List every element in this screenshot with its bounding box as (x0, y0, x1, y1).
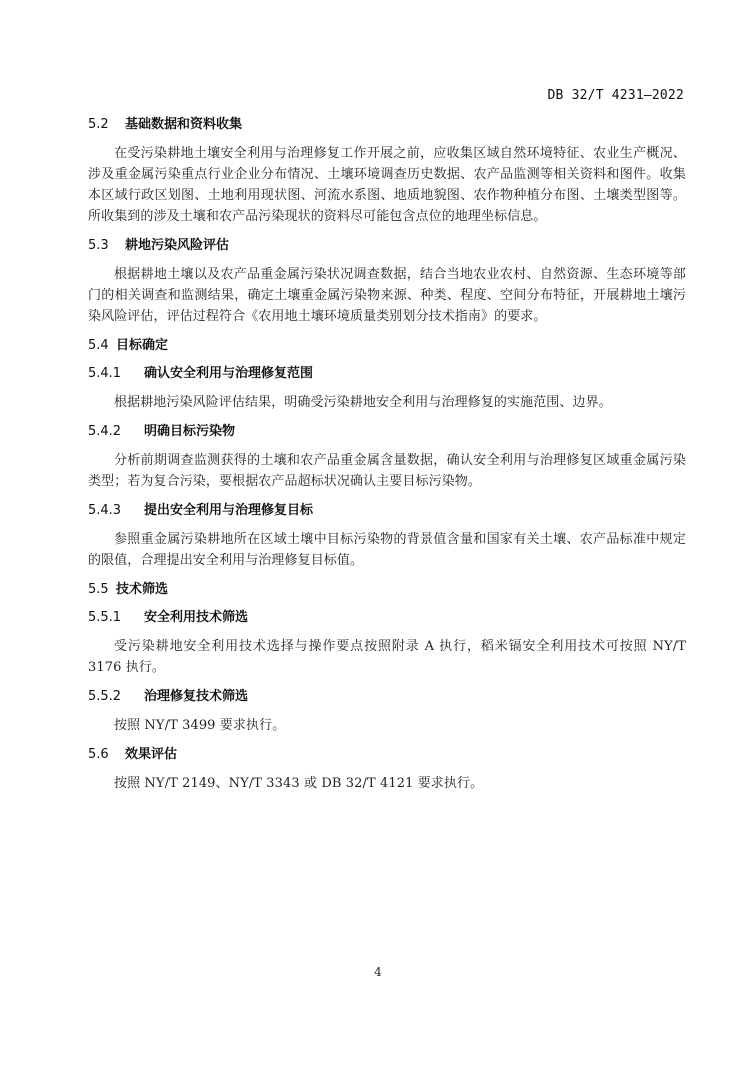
paragraph: 根据耕地污染风险评估结果，明确受污染耕地安全利用与治理修复的实施范围、边界。 (88, 392, 686, 413)
section-heading-5-4-3: 5.4.3提出安全利用与治理修复目标 (88, 501, 686, 521)
section-number: 5.4 (88, 336, 116, 356)
section-number: 5.4.2 (88, 422, 144, 442)
paragraph: 在受污染耕地土壤安全利用与治理修复工作开展之前，应收集区域自然环境特征、农业生产… (88, 143, 686, 227)
section-title: 技术筛选 (116, 582, 168, 597)
paragraph: 受污染耕地安全利用技术选择与操作要点按照附录 A 执行，稻米镉安全利用技术可按照… (88, 636, 686, 678)
section-title: 提出安全利用与治理修复目标 (144, 503, 313, 518)
paragraph: 按照 NY/T 3499 要求执行。 (88, 715, 686, 736)
paragraph: 分析前期调查监测获得的土壤和农产品重金属含量数据，确认安全利用与治理修复区域重金… (88, 450, 686, 492)
paragraph: 根据耕地土壤以及农产品重金属污染状况调查数据，结合当地农业农村、自然资源、生态环… (88, 264, 686, 327)
section-title: 确认安全利用与治理修复范围 (144, 366, 313, 381)
section-title: 效果评估 (125, 747, 177, 762)
section-heading-5-5-2: 5.5.2治理修复技术筛选 (88, 687, 686, 707)
standard-code-header: DB 32/T 4231—2022 (548, 88, 684, 103)
paragraph: 参照重金属污染耕地所在区域土壤中目标污染物的背景值含量和国家有关土壤、农产品标准… (88, 529, 686, 571)
section-title: 目标确定 (116, 338, 168, 353)
section-heading-5-4: 5.4目标确定 (88, 336, 686, 356)
page-number: 4 (0, 965, 756, 979)
section-number: 5.5.1 (88, 608, 144, 628)
section-title: 治理修复技术筛选 (144, 689, 248, 704)
section-number: 5.3 (88, 236, 125, 256)
section-number: 5.5 (88, 580, 116, 600)
section-title: 安全利用技术筛选 (144, 610, 248, 625)
section-number: 5.5.2 (88, 687, 144, 707)
section-number: 5.4.1 (88, 364, 144, 384)
section-number: 5.2 (88, 115, 125, 135)
section-heading-5-3: 5.3耕地污染风险评估 (88, 236, 686, 256)
section-number: 5.4.3 (88, 501, 144, 521)
section-number: 5.6 (88, 745, 125, 765)
section-heading-5-2: 5.2基础数据和资料收集 (88, 115, 686, 135)
section-heading-5-5: 5.5技术筛选 (88, 580, 686, 600)
section-heading-5-6: 5.6效果评估 (88, 745, 686, 765)
document-body: 5.2基础数据和资料收集 在受污染耕地土壤安全利用与治理修复工作开展之前，应收集… (88, 115, 686, 794)
section-title: 耕地污染风险评估 (125, 238, 229, 253)
section-heading-5-4-1: 5.4.1确认安全利用与治理修复范围 (88, 364, 686, 384)
section-title: 明确目标污染物 (144, 424, 235, 439)
paragraph: 按照 NY/T 2149、NY/T 3343 或 DB 32/T 4121 要求… (88, 773, 686, 794)
section-title: 基础数据和资料收集 (125, 117, 242, 132)
section-heading-5-5-1: 5.5.1安全利用技术筛选 (88, 608, 686, 628)
section-heading-5-4-2: 5.4.2明确目标污染物 (88, 422, 686, 442)
